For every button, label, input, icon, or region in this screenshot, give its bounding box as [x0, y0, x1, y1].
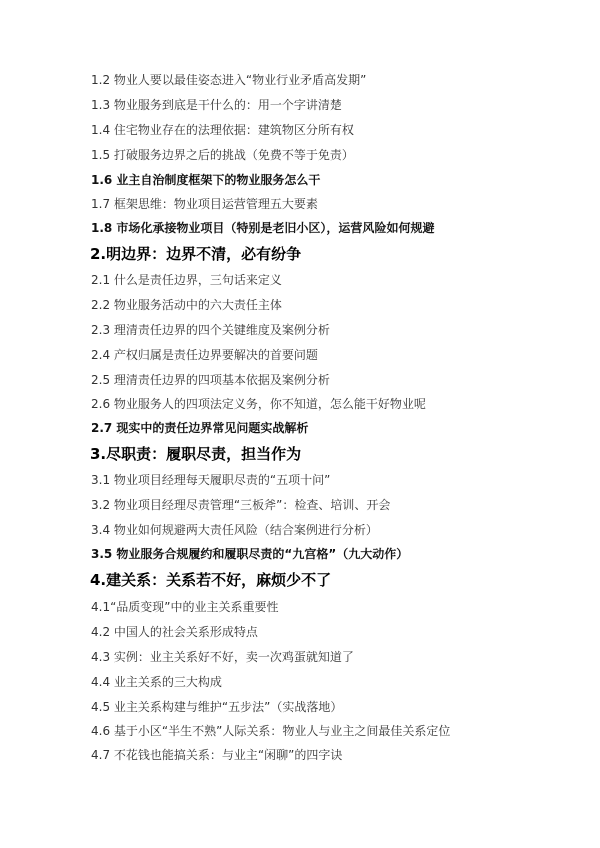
outline-item-2-1: 2.1 什么是责任边界，三句话来定义 — [91, 272, 282, 288]
outline-item-4-7: 4.7 不花钱也能搞关系：与业主“闲聊”的四字诀 — [91, 747, 342, 763]
outline-item-3-2: 3.2 物业项目经理尽责管理“三板斧”：检查、培训、开会 — [91, 497, 390, 513]
section-heading-2: 2.明边界：边界不清，必有纷争 — [90, 244, 301, 264]
outline-item-1-5: 1.5 打破服务边界之后的挑战（免费不等于免责） — [91, 147, 354, 163]
section-heading-4: 4.建关系：关系若不好，麻烦少不了 — [90, 570, 331, 590]
outline-item-1-7: 1.7 框架思维：物业项目运营管理五大要素 — [91, 196, 318, 212]
outline-item-3-5: 3.5 物业服务合规履约和履职尽责的“九宫格”（九大动作） — [91, 546, 408, 562]
section-heading-3: 3.尽职责：履职尽责，担当作为 — [90, 444, 301, 464]
outline-item-3-4: 3.4 物业如何规避两大责任风险（结合案例进行分析） — [91, 522, 378, 538]
outline-item-1-2: 1.2 物业人要以最佳姿态进入“物业行业矛盾高发期” — [91, 72, 366, 88]
outline-item-4-6: 4.6 基于小区“半生不熟”人际关系：物业人与业主之间最佳关系定位 — [91, 723, 450, 739]
outline-item-2-4: 2.4 产权归属是责任边界要解决的首要问题 — [91, 347, 318, 363]
outline-item-2-5: 2.5 理清责任边界的四项基本依据及案例分析 — [91, 372, 330, 388]
outline-item-4-4: 4.4 业主关系的三大构成 — [91, 674, 222, 690]
outline-item-2-7: 2.7 现实中的责任边界常见问题实战解析 — [91, 420, 308, 436]
outline-item-1-4: 1.4 住宅物业存在的法理依据：建筑物区分所有权 — [91, 122, 354, 138]
outline-item-3-1: 3.1 物业项目经理每天履职尽责的“五项十问” — [91, 472, 330, 488]
outline-item-1-8: 1.8 市场化承接物业项目（特别是老旧小区），运营风险如何规避 — [91, 220, 434, 236]
document-page: 1.2 物业人要以最佳姿态进入“物业行业矛盾高发期” 1.3 物业服务到底是干什… — [0, 0, 600, 848]
outline-item-1-3: 1.3 物业服务到底是干什么的：用一个字讲清楚 — [91, 97, 342, 113]
outline-item-4-2: 4.2 中国人的社会关系形成特点 — [91, 624, 258, 640]
outline-item-1-6: 1.6 业主自治制度框架下的物业服务怎么干 — [91, 172, 320, 188]
outline-item-4-1: 4.1“品质变现”中的业主关系重要性 — [91, 599, 279, 615]
outline-item-2-2: 2.2 物业服务活动中的六大责任主体 — [91, 297, 282, 313]
outline-item-2-3: 2.3 理清责任边界的四个关键维度及案例分析 — [91, 322, 330, 338]
outline-item-4-3: 4.3 实例：业主关系好不好，卖一次鸡蛋就知道了 — [91, 649, 354, 665]
outline-item-2-6: 2.6 物业服务人的四项法定义务，你不知道，怎么能干好物业呢 — [91, 396, 426, 412]
outline-item-4-5: 4.5 业主关系构建与维护“五步法”（实战落地） — [91, 699, 342, 715]
